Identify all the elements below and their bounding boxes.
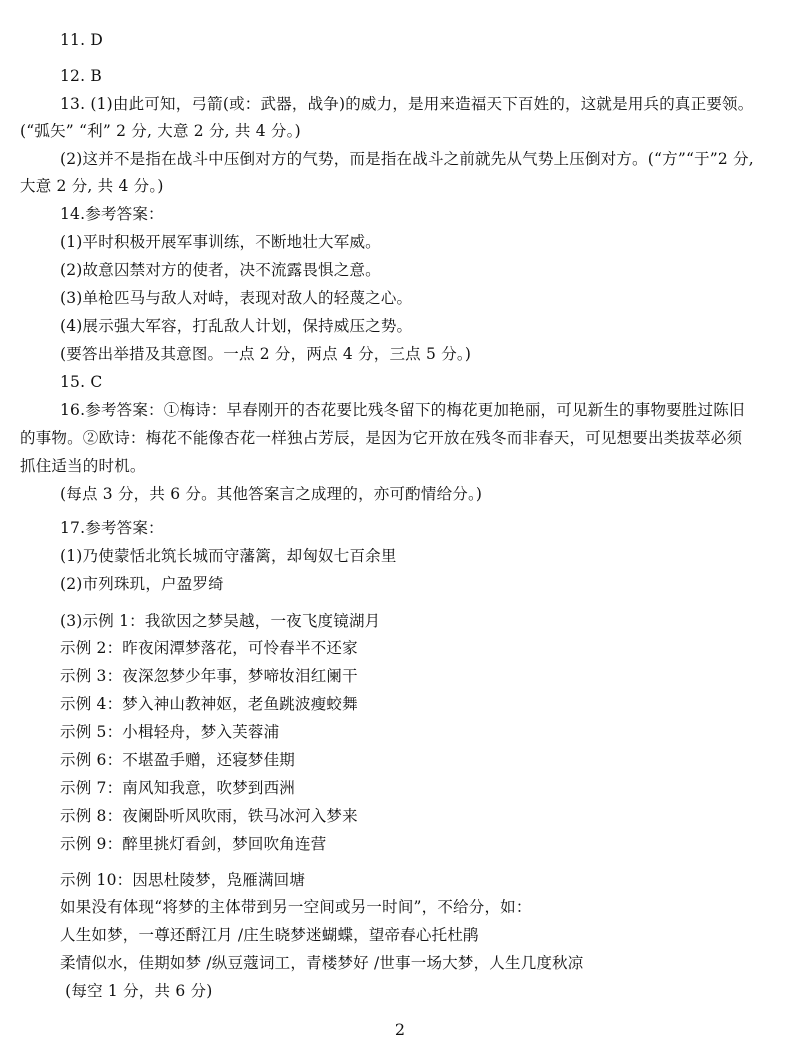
answer-16-line-2: 的事物。②欧诗：梅花不能像杏花一样独占芳辰，是因为它开放在残冬而非春天，可见想要…: [20, 428, 742, 448]
answer-15: 15. C: [60, 372, 102, 392]
page-number: 2: [0, 1020, 800, 1040]
answer-14-heading: 14.参考答案：: [60, 204, 164, 224]
answer-14-item-1: (1)平时积极开展军事训练，不断地壮大军威。: [60, 232, 381, 252]
answer-17-example-5: 示例 5：小楫轻舟，梦入芙蓉浦: [60, 722, 279, 742]
answer-16-line-3: 抓住适当的时机。: [20, 456, 146, 476]
answer-14-item-2: (2)故意囚禁对方的使者，决不流露畏惧之意。: [60, 260, 381, 280]
answer-17-item-1: (1)乃使蒙恬北筑长城而守藩篱，却匈奴七百余里: [60, 546, 397, 566]
answer-16-line-1: 16.参考答案：①梅诗：早春刚开的杏花要比残冬留下的梅花更加艳丽，可见新生的事物…: [60, 400, 745, 420]
answer-17-example-9: 示例 9：醉里挑灯看剑，梦回吹角连营: [60, 834, 326, 854]
answer-14-scoring: (要答出举措及其意图。一点 2 分，两点 4 分，三点 5 分。): [60, 344, 471, 364]
answer-17-scoring: (每空 1 分，共 6 分): [60, 981, 212, 1001]
answer-13-line-4: 大意 2 分, 共 4 分。): [20, 176, 164, 196]
answer-17-example-7: 示例 7：南风知我意，吹梦到西洲: [60, 778, 295, 798]
answer-13-line-1: 13. (1)由此可知，弓箭(或：武器，战争)的威力，是用来造福天下百姓的，这就…: [60, 94, 753, 114]
answer-13-line-2: (“弧矢” “利” 2 分, 大意 2 分, 共 4 分。): [20, 121, 301, 141]
answer-17-heading: 17.参考答案：: [60, 518, 164, 538]
answer-17-example-1: (3)示例 1：我欲因之梦吴越，一夜飞度镜湖月: [60, 611, 380, 631]
answer-17-example-6: 示例 6：不堪盈手赠，还寝梦佳期: [60, 750, 295, 770]
answer-17-counterexample-2: 柔情似水，佳期如梦 /纵豆蔻词工，青楼梦好 /世事一场大梦，人生几度秋凉: [60, 953, 584, 973]
answer-16-scoring: (每点 3 分，共 6 分。其他答案言之成理的，亦可酌情给分。): [60, 484, 482, 504]
answer-14-item-4: (4)展示强大军容，打乱敌人计划，保持威压之势。: [60, 316, 412, 336]
answer-12: 12. B: [60, 66, 102, 86]
answer-13-line-3: (2)这并不是指在战斗中压倒对方的气势，而是指在战斗之前就先从气势上压倒对方。(…: [60, 149, 754, 169]
answer-17-note: 如果没有体现“将梦的主体带到另一空间或另一时间”，不给分，如：: [60, 897, 532, 917]
answer-14-item-3: (3)单枪匹马与敌人对峙，表现对敌人的轻蔑之心。: [60, 288, 412, 308]
answer-17-example-10: 示例 10：因思杜陵梦，凫雁满回塘: [60, 870, 305, 890]
answer-17-item-2: (2)市列珠玑，户盈罗绮: [60, 574, 224, 594]
answer-17-example-2: 示例 2：昨夜闲潭梦落花，可怜春半不还家: [60, 638, 358, 658]
answer-17-example-4: 示例 4：梦入神山教神妪，老鱼跳波瘦蛟舞: [60, 694, 358, 714]
answer-17-counterexample-1: 人生如梦，一尊还酹江月 /庄生晓梦迷蝴蝶，望帝春心托杜鹃: [60, 925, 479, 945]
answer-11: 11. D: [60, 30, 103, 50]
answer-17-example-3: 示例 3：夜深忽梦少年事，梦啼妆泪红阑干: [60, 666, 358, 686]
answer-17-example-8: 示例 8：夜阑卧听风吹雨，铁马冰河入梦来: [60, 806, 358, 826]
